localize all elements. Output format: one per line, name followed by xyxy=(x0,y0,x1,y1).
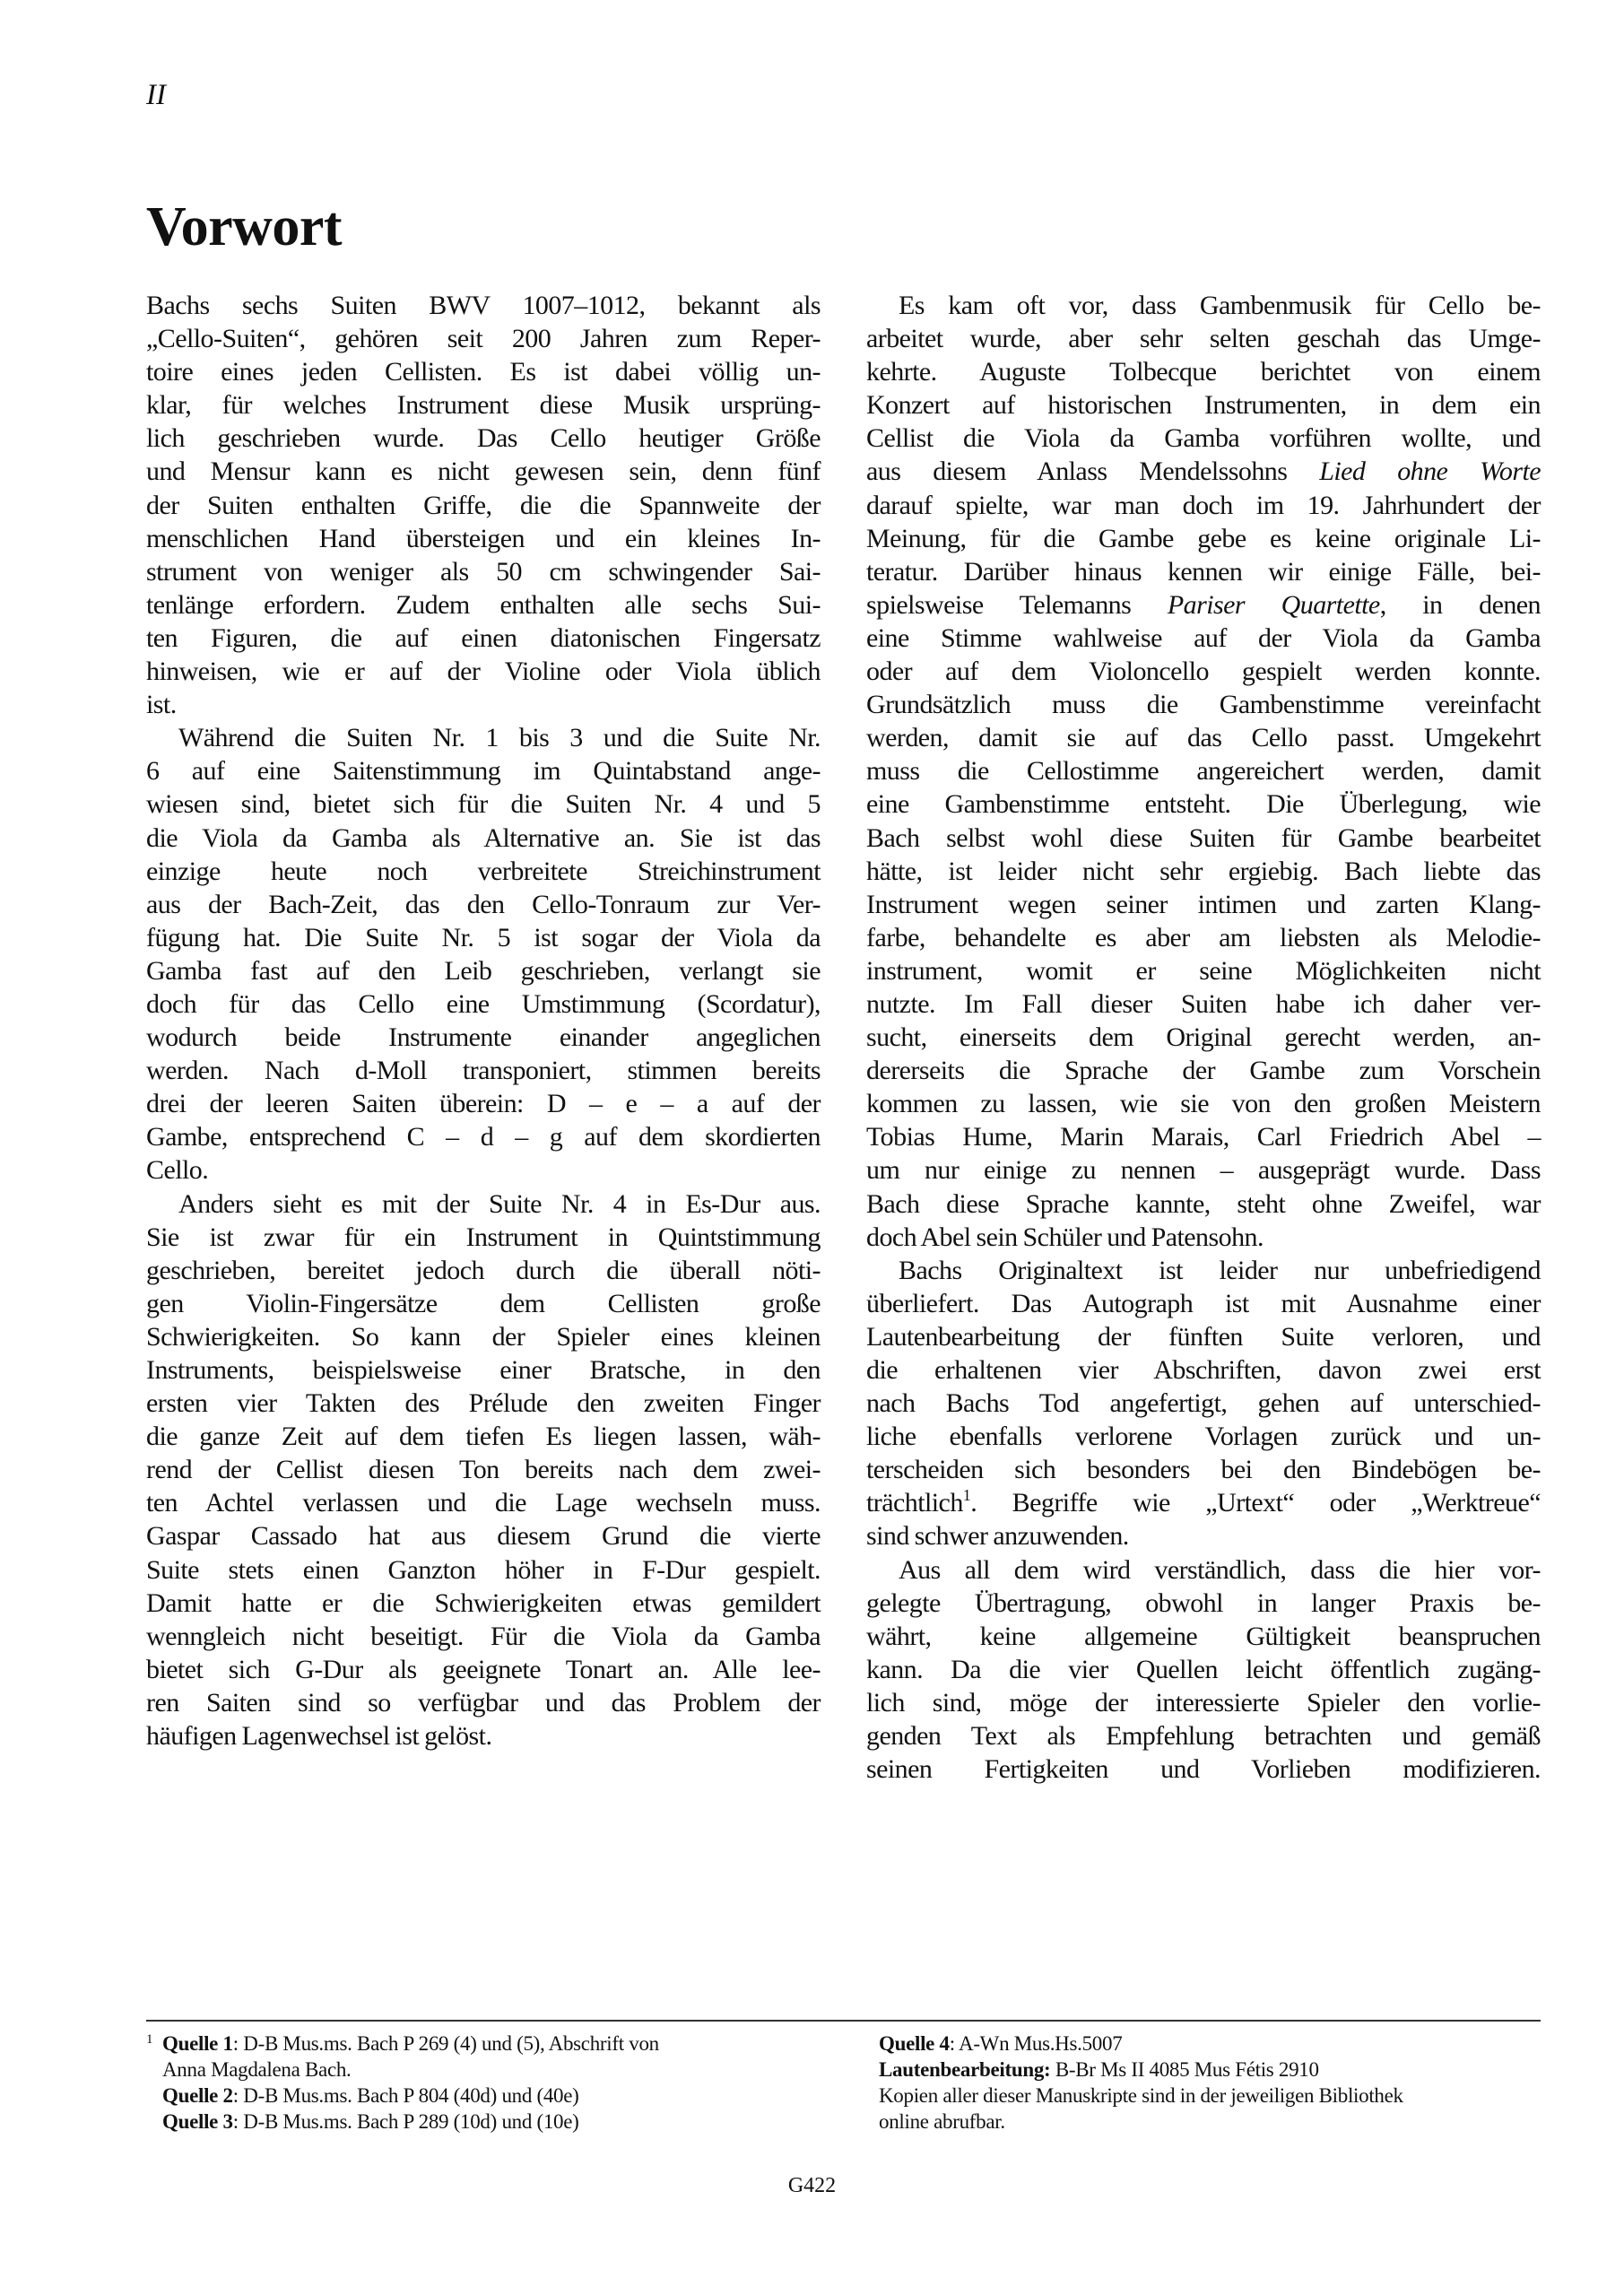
text-line: drei der leeren Saiten überein: D – e – … xyxy=(146,1087,821,1120)
text-line: klar, für welches Instrument diese Musik… xyxy=(146,388,821,422)
text-line: seinen Fertigkeiten und Vorlieben modifi… xyxy=(866,1752,1541,1786)
source-label: Quelle 4 xyxy=(879,2032,950,2055)
source-text: B-Br Ms II 4085 Mus Fétis 2910 xyxy=(1050,2058,1318,2081)
text-line: um nur einige zu nennen – ausgeprägt wur… xyxy=(866,1153,1541,1187)
source-text: : A-Wn Mus.Hs.5007 xyxy=(950,2032,1123,2055)
text-line-with-title: aus diesem Anlass Mendelssohns Lied ohne… xyxy=(866,455,1541,488)
text-line: bietet sich G-Dur als geeignete Tonart a… xyxy=(146,1653,821,1686)
footnote-reference[interactable]: 1 xyxy=(963,1486,970,1504)
paragraph-end-line: sind schwer anzuwenden. xyxy=(866,1519,1541,1552)
text-line: toire eines jeden Cellisten. Es ist dabe… xyxy=(146,355,821,388)
text-line: Tobias Hume, Marin Marais, Carl Friedric… xyxy=(866,1120,1541,1153)
text-line-with-title: spielsweise Telemanns Pariser Quartette,… xyxy=(866,588,1541,622)
text-line: Cellist die Viola da Gamba vorführen wol… xyxy=(866,422,1541,455)
text-line: Gaspar Cassado hat aus diesem Grund die … xyxy=(146,1519,821,1552)
footnote-source-1-continued: Anna Magdalena Bach. xyxy=(146,2057,828,2083)
page-title: Vorwort xyxy=(146,196,342,258)
text-line: ren Saiten sind so verfügbar und das Pro… xyxy=(146,1686,821,1719)
text-line: Damit hatte er die Schwierigkeiten etwas… xyxy=(146,1587,821,1620)
paragraph-start-line: Bachs Originaltext ist leider nur unbefr… xyxy=(866,1254,1541,1287)
text-segment: aus diesem Anlass Mendelssohns xyxy=(866,457,1319,486)
text-line: überliefert. Das Autograph ist mit Ausna… xyxy=(866,1287,1541,1320)
footnote-block-left: 1Quelle 1: D-B Mus.ms. Bach P 269 (4) un… xyxy=(146,2031,828,2135)
text-line: gen Violin-Fingersätze dem Cellisten gro… xyxy=(146,1287,821,1320)
text-line: Bach diese Sprache kannte, steht ohne Zw… xyxy=(866,1187,1541,1221)
text-segment: spielsweise Telemanns xyxy=(866,590,1168,620)
text-line: lich sind, möge der interessierte Spiele… xyxy=(866,1686,1541,1719)
text-line: die Viola da Gamba als Alternative an. S… xyxy=(146,822,821,855)
text-line: werden, damit sie auf das Cello passt. U… xyxy=(866,721,1541,754)
text-line: Bach selbst wohl diese Suiten für Gambe … xyxy=(866,822,1541,855)
paragraph-start-line: Anders sieht es mit der Suite Nr. 4 in E… xyxy=(146,1187,821,1221)
footnote-block-right: Quelle 4: A-Wn Mus.Hs.5007 Lautenbearbei… xyxy=(879,2031,1542,2135)
text-line: arbeitet wurde, aber sehr selten geschah… xyxy=(866,322,1541,355)
footnote-source-1: 1Quelle 1: D-B Mus.ms. Bach P 269 (4) un… xyxy=(146,2031,828,2057)
footnote-lute-arrangement: Lautenbearbeitung: B-Br Ms II 4085 Mus F… xyxy=(879,2057,1542,2083)
text-line: Gamba fast auf den Leib geschrieben, ver… xyxy=(146,954,821,987)
text-line: fügung hat. Die Suite Nr. 5 ist sogar de… xyxy=(146,921,821,954)
paragraph-end-line: ist. xyxy=(146,688,821,721)
text-segment: trächtlich xyxy=(866,1488,963,1518)
paragraph-start-line: Es kam oft vor, dass Gambenmusik für Cel… xyxy=(866,289,1541,322)
text-line: instrument, womit er seine Möglichkeiten… xyxy=(866,954,1541,987)
work-title-pariser-quartette: Pariser Quartette xyxy=(1168,590,1380,620)
source-label: Quelle 3 xyxy=(162,2110,233,2133)
text-line: Meinung, für die Gambe gebe es keine ori… xyxy=(866,522,1541,555)
text-line: 6 auf eine Saitenstimmung im Quintabstan… xyxy=(146,754,821,787)
text-line: Suite stets einen Ganzton höher in F-Dur… xyxy=(146,1553,821,1587)
text-line: kann. Da die vier Quellen leicht öffentl… xyxy=(866,1653,1541,1686)
text-line: währt, keine allgemeine Gültigkeit beans… xyxy=(866,1620,1541,1653)
source-label: Quelle 2 xyxy=(162,2084,233,2107)
source-label: Lautenbearbeitung: xyxy=(879,2058,1050,2081)
source-label: Quelle 1 xyxy=(162,2032,233,2055)
text-line: farbe, behandelte es aber am liebsten al… xyxy=(866,921,1541,954)
text-line: nutzte. Im Fall dieser Suiten habe ich d… xyxy=(866,987,1541,1021)
footnote-source-4: Quelle 4: A-Wn Mus.Hs.5007 xyxy=(879,2031,1542,2057)
text-line: doch für das Cello eine Umstimmung (Scor… xyxy=(146,987,821,1021)
text-line: rend der Cellist diesen Ton bereits nach… xyxy=(146,1453,821,1486)
source-text: : D-B Mus.ms. Bach P 269 (4) und (5), Ab… xyxy=(233,2032,659,2055)
footnote-note-continued: online abrufbar. xyxy=(879,2109,1542,2135)
text-line: „Cello-Suiten“, gehören seit 200 Jahren … xyxy=(146,322,821,355)
text-line: wiesen sind, bietet sich für die Suiten … xyxy=(146,787,821,821)
text-line: lich geschrieben wurde. Das Cello heutig… xyxy=(146,422,821,455)
text-line: Konzert auf historischen Instrumenten, i… xyxy=(866,388,1541,422)
source-text: : D-B Mus.ms. Bach P 289 (10d) und (10e) xyxy=(233,2110,579,2133)
text-line: menschlichen Hand übersteigen und ein kl… xyxy=(146,522,821,555)
text-line: darauf spielte, war man doch im 19. Jahr… xyxy=(866,489,1541,522)
text-segment: . Begriffe wie „Urtext“ oder „Werktreue“ xyxy=(970,1488,1541,1518)
paragraph-end-line: Cello. xyxy=(146,1153,821,1187)
text-line: Instruments, beispielsweise einer Bratsc… xyxy=(146,1353,821,1387)
text-line: wenngleich nicht beseitigt. Für die Viol… xyxy=(146,1620,821,1653)
text-line: terscheiden sich besonders bei den Binde… xyxy=(866,1453,1541,1486)
text-line: eine Stimme wahlweise auf der Viola da G… xyxy=(866,622,1541,655)
text-line: kehrte. Auguste Tolbecque berichtet von … xyxy=(866,355,1541,388)
paragraph-start-line: Während die Suiten Nr. 1 bis 3 und die S… xyxy=(146,721,821,754)
page-folio: G422 xyxy=(0,2172,1624,2199)
text-line: Bachs sechs Suiten BWV 1007–1012, bekann… xyxy=(146,289,821,322)
text-line: der Suiten enthalten Griffe, die die Spa… xyxy=(146,489,821,522)
footnote-source-2: Quelle 2: D-B Mus.ms. Bach P 804 (40d) u… xyxy=(146,2083,828,2109)
text-line: geschrieben, bereitet jedoch durch die ü… xyxy=(146,1254,821,1287)
text-line: ten Figuren, die auf einen diatonischen … xyxy=(146,622,821,655)
text-line: hinweisen, wie er auf der Violine oder V… xyxy=(146,655,821,688)
text-line: Schwierigkeiten. So kann der Spieler ein… xyxy=(146,1320,821,1353)
text-line: aus der Bach-Zeit, das den Cello-Tonraum… xyxy=(146,888,821,921)
text-line: gelegte Übertragung, obwohl in langer Pr… xyxy=(866,1587,1541,1620)
text-line: hätte, ist leider nicht sehr ergiebig. B… xyxy=(866,855,1541,888)
text-line: eine Gambenstimme entsteht. Die Überlegu… xyxy=(866,787,1541,821)
text-line: Gambe, entsprechend C – d – g auf dem sk… xyxy=(146,1120,821,1153)
text-line: Lautenbearbeitung der fünften Suite verl… xyxy=(866,1320,1541,1353)
source-text: : D-B Mus.ms. Bach P 804 (40d) und (40e) xyxy=(233,2084,579,2107)
text-line-with-footnote-ref: trächtlich1. Begriffe wie „Urtext“ oder … xyxy=(866,1486,1541,1519)
text-line: strument von weniger als 50 cm schwingen… xyxy=(146,555,821,588)
text-line: ten Achtel verlassen und die Lage wechse… xyxy=(146,1486,821,1519)
text-line: ersten vier Takten des Prélude den zweit… xyxy=(146,1387,821,1420)
text-line: nach Bachs Tod angefertigt, gehen auf un… xyxy=(866,1387,1541,1420)
text-line: einzige heute noch verbreitete Streichin… xyxy=(146,855,821,888)
text-line: oder auf dem Violoncello gespielt werden… xyxy=(866,655,1541,688)
running-head-page-number: II xyxy=(146,77,166,113)
text-line: Grundsätzlich muss die Gambenstimme vere… xyxy=(866,688,1541,721)
footnote-separator-rule xyxy=(146,2020,1541,2022)
text-line: und Mensur kann es nicht gewesen sein, d… xyxy=(146,455,821,488)
paragraph-start-line: Aus all dem wird verständlich, dass die … xyxy=(866,1553,1541,1587)
text-column-right: Es kam oft vor, dass Gambenmusik für Cel… xyxy=(866,289,1541,1786)
text-line: werden. Nach d-Moll transponiert, stimme… xyxy=(146,1054,821,1087)
text-column-left: Bachs sechs Suiten BWV 1007–1012, bekann… xyxy=(146,289,821,1752)
paragraph-end-line: doch Abel sein Schüler und Patensohn. xyxy=(866,1221,1541,1254)
text-line: die erhaltenen vier Abschriften, davon z… xyxy=(866,1353,1541,1387)
footnote-source-3: Quelle 3: D-B Mus.ms. Bach P 289 (10d) u… xyxy=(146,2109,828,2135)
work-title-lied-ohne-worte: Lied ohne Worte xyxy=(1319,457,1541,486)
text-line: tenlänge erfordern. Zudem enthalten alle… xyxy=(146,588,821,622)
text-segment: , in denen xyxy=(1380,590,1541,620)
text-line: sucht, einerseits dem Original gerecht w… xyxy=(866,1021,1541,1054)
text-line: Instrument wegen seiner intimen und zart… xyxy=(866,888,1541,921)
text-line: kommen zu lassen, wie sie von den großen… xyxy=(866,1087,1541,1120)
text-line: Sie ist zwar für ein Instrument in Quint… xyxy=(146,1221,821,1254)
text-line: teratur. Darüber hinaus kennen wir einig… xyxy=(866,555,1541,588)
footnote-note: Kopien aller dieser Manuskripte sind in … xyxy=(879,2083,1542,2109)
paragraph-end-line: häufigen Lagenwechsel ist gelöst. xyxy=(146,1719,821,1752)
text-line: dererseits die Sprache der Gambe zum Vor… xyxy=(866,1054,1541,1087)
text-line: genden Text als Empfehlung betrachten un… xyxy=(866,1719,1541,1752)
text-line: liche ebenfalls verlorene Vorlagen zurüc… xyxy=(866,1420,1541,1453)
text-line: muss die Cellostimme angereichert werden… xyxy=(866,754,1541,787)
text-line: wodurch beide Instrumente einander angeg… xyxy=(146,1021,821,1054)
text-line: die ganze Zeit auf dem tiefen Es liegen … xyxy=(146,1420,821,1453)
